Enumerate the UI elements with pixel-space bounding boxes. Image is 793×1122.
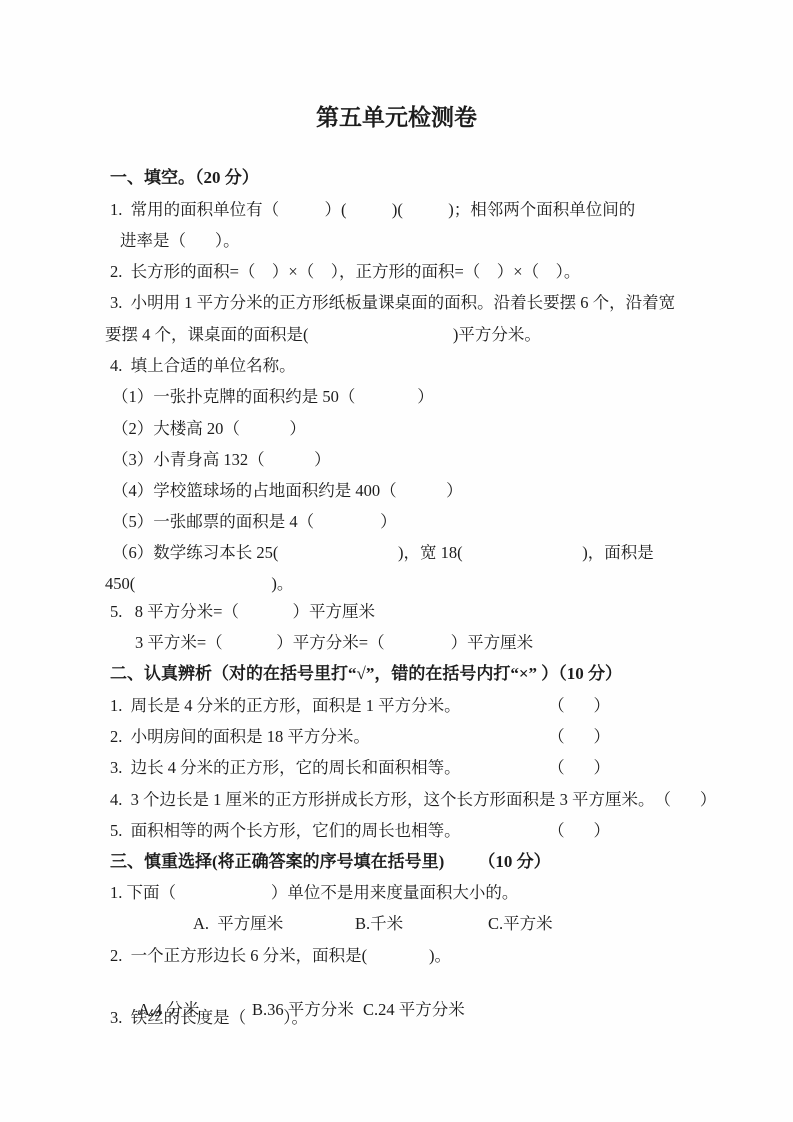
choice-q1: 1. 下面（ ）单位不是用来度量面积大小的。 <box>110 881 690 904</box>
choice-q2: 2. 一个正方形边长 6 分米，面积是( )。 <box>110 944 690 967</box>
fill-q4-item-5: （5）一张邮票的面积是 4（ ） <box>112 510 692 533</box>
judge-q3-statement: 3. 边长 4 分米的正方形，它的周长和面积相等。 <box>110 756 461 779</box>
judge-q5: 5. 面积相等的两个长方形，它们的周长也相等。 （ ） <box>110 819 690 842</box>
fill-q4-item-2: （2）大楼高 20（ ） <box>112 417 692 440</box>
section-2-heading: 二、认真辨析（对的在括号里打“√”，错的在括号内打“×” ）（10 分） <box>110 662 690 685</box>
judge-q2: 2. 小明房间的面积是 18 平方分米。 （ ） <box>110 725 690 748</box>
fill-q1-line-1: 1. 常用的面积单位有（ ）( )( )；相邻两个面积单位间的 <box>110 198 690 221</box>
section-1-heading: 一、填空。（20 分） <box>110 166 690 189</box>
fill-q4-item-4: （4）学校篮球场的占地面积约是 400（ ） <box>112 479 692 502</box>
fill-q4-item-6-line-2: 450( )。 <box>105 572 685 595</box>
fill-q3-line-2: 要摆 4 个，课桌面的面积是( )平方分米。 <box>105 323 685 346</box>
choice-q1-option-c: C.平方米 <box>488 912 553 935</box>
choice-q1-option-b: B.千米 <box>355 912 403 935</box>
test-paper-page: 第五单元检测卷 一、填空。（20 分） 1. 常用的面积单位有（ ）( )( )… <box>0 0 793 1122</box>
choice-q1-option-a: A. 平方厘米 <box>193 912 283 935</box>
judge-q4: 4. 3 个边长是 1 厘米的正方形拼成长方形，这个长方形面积是 3 平方厘米。… <box>110 788 690 811</box>
fill-q2: 2. 长方形的面积=（ ）×（ ），正方形的面积=（ ）×（ ）。 <box>110 260 690 283</box>
section-3-heading: 三、慎重选择(将正确答案的序号填在括号里) （10 分） <box>110 850 690 873</box>
judge-q4-answer-blank: （ ） <box>655 788 717 811</box>
fill-q4: 4. 填上合适的单位名称。 <box>110 354 690 377</box>
fill-q4-item-6-line-1: （6）数学练习本长 25( )，宽 18( )，面积是 <box>112 541 692 564</box>
judge-q2-answer-blank: （ ） <box>548 725 610 748</box>
judge-q5-statement: 5. 面积相等的两个长方形，它们的周长也相等。 <box>110 819 461 842</box>
judge-q1-answer-blank: （ ） <box>548 694 610 717</box>
fill-q3-line-1: 3. 小明用 1 平方分米的正方形纸板量课桌面的面积。沿着长要摆 6 个，沿着宽 <box>110 291 690 314</box>
fill-q4-item-3: （3）小青身高 132（ ） <box>112 448 692 471</box>
judge-q3-answer-blank: （ ） <box>548 756 610 779</box>
fill-q4-item-1: （1）一张扑克牌的面积约是 50（ ） <box>112 385 692 408</box>
choice-q3: 3. 铁丝的长度是（ ）。 <box>110 1006 690 1029</box>
judge-q3: 3. 边长 4 分米的正方形，它的周长和面积相等。 （ ） <box>110 756 690 779</box>
judge-q4-statement: 4. 3 个边长是 1 厘米的正方形拼成长方形，这个长方形面积是 3 平方厘米。 <box>110 788 655 811</box>
fill-q5-line-2: 3 平方米=（ ）平方分米=（ ）平方厘米 <box>135 631 715 654</box>
judge-q2-statement: 2. 小明房间的面积是 18 平方分米。 <box>110 725 370 748</box>
page-title: 第五单元检测卷 <box>0 99 793 132</box>
judge-q1-statement: 1. 周长是 4 分米的正方形，面积是 1 平方分米。 <box>110 694 461 717</box>
judge-q5-answer-blank: （ ） <box>548 819 610 842</box>
choice-q1-options: A. 平方厘米 B.千米 C.平方米 <box>110 912 690 935</box>
fill-q1-line-2: 进率是（ ）。 <box>120 229 700 252</box>
fill-q5-line-1: 5. 8 平方分米=（ ）平方厘米 <box>110 600 690 623</box>
judge-q1: 1. 周长是 4 分米的正方形，面积是 1 平方分米。 （ ） <box>110 694 690 717</box>
